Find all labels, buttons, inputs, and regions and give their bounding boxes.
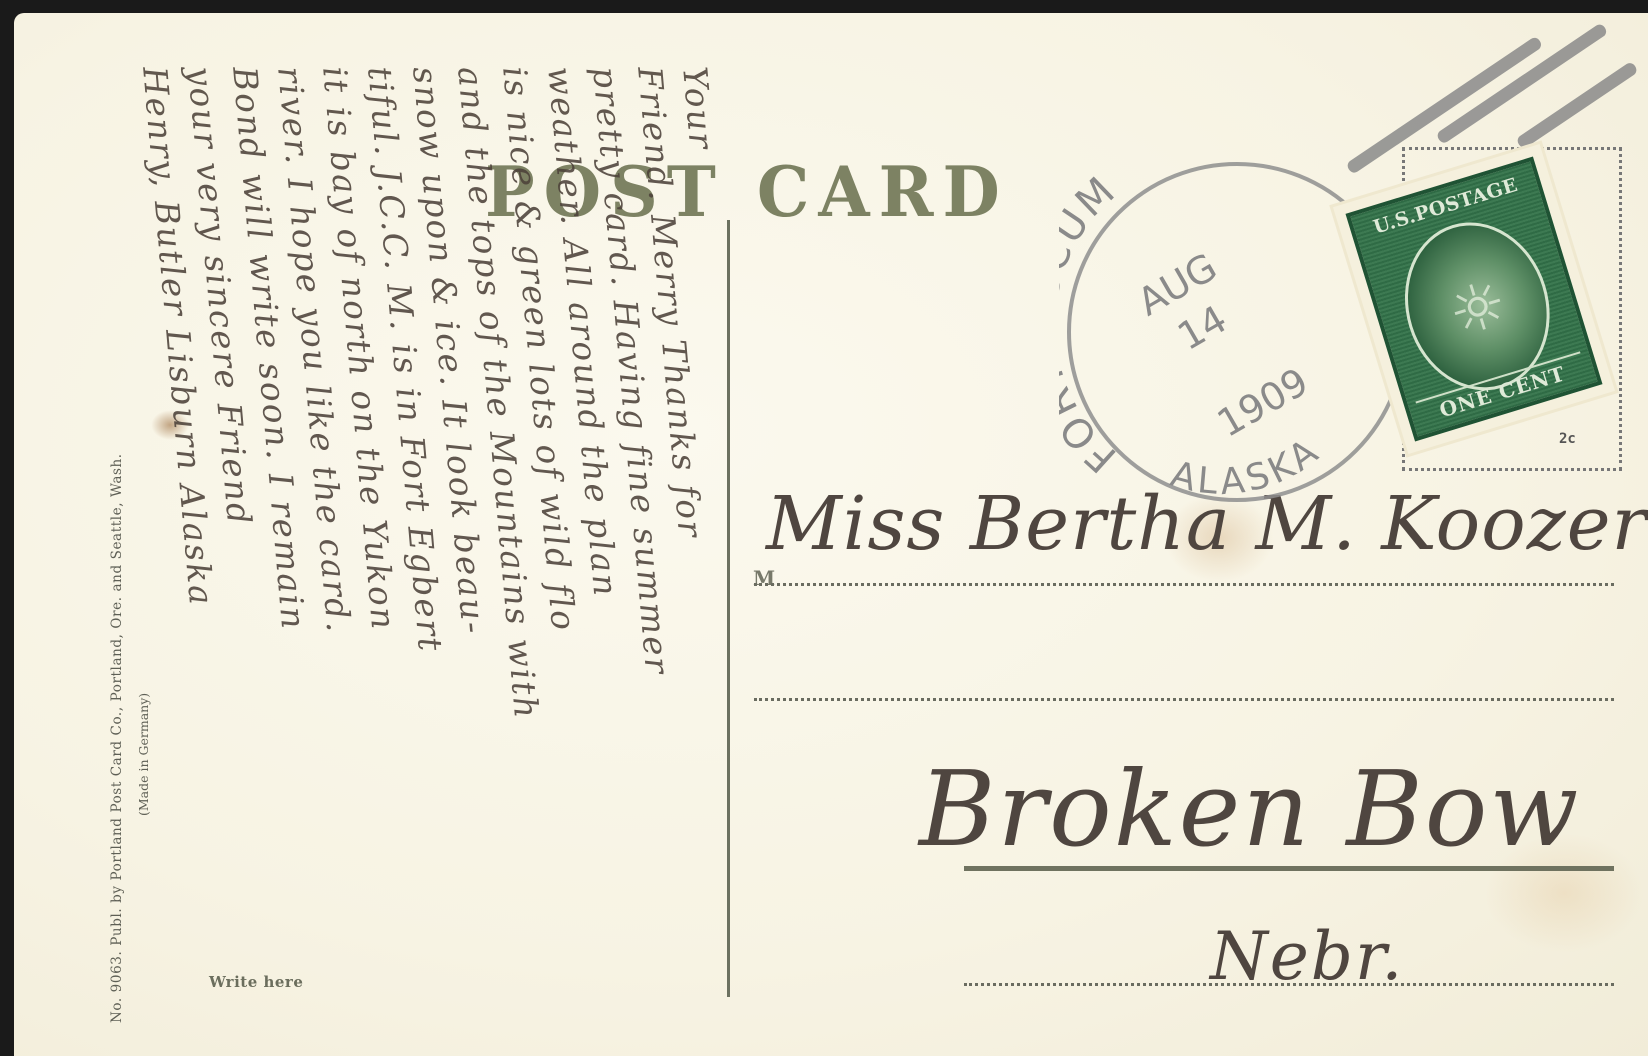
postcard-back: POST CARD No. 9063. Publ. by Portland Po… <box>14 13 1648 1056</box>
address-line-2 <box>754 698 1614 701</box>
stamp-rate-note: 2c <box>1559 431 1576 447</box>
svg-text:ALASKA: ALASKA <box>1166 429 1328 503</box>
printed-m-mark: M <box>753 566 775 590</box>
recipient-state: Nebr. <box>1210 918 1404 995</box>
publisher-imprint: No. 9063. Publ. by Portland Post Card Co… <box>109 453 125 1023</box>
address-line-1 <box>754 583 1614 586</box>
message-line: Your <box>675 65 721 152</box>
franklin-portrait-icon: ☼ <box>1440 266 1517 354</box>
cancellation-bar <box>1435 22 1608 145</box>
center-divider <box>727 220 730 997</box>
postmark-state: ALASKA <box>1166 429 1328 503</box>
recipient-city: Broken Bow <box>919 748 1580 870</box>
made-in-imprint: (Made in Germany) <box>136 693 151 816</box>
write-here-label: Write here <box>209 973 303 991</box>
